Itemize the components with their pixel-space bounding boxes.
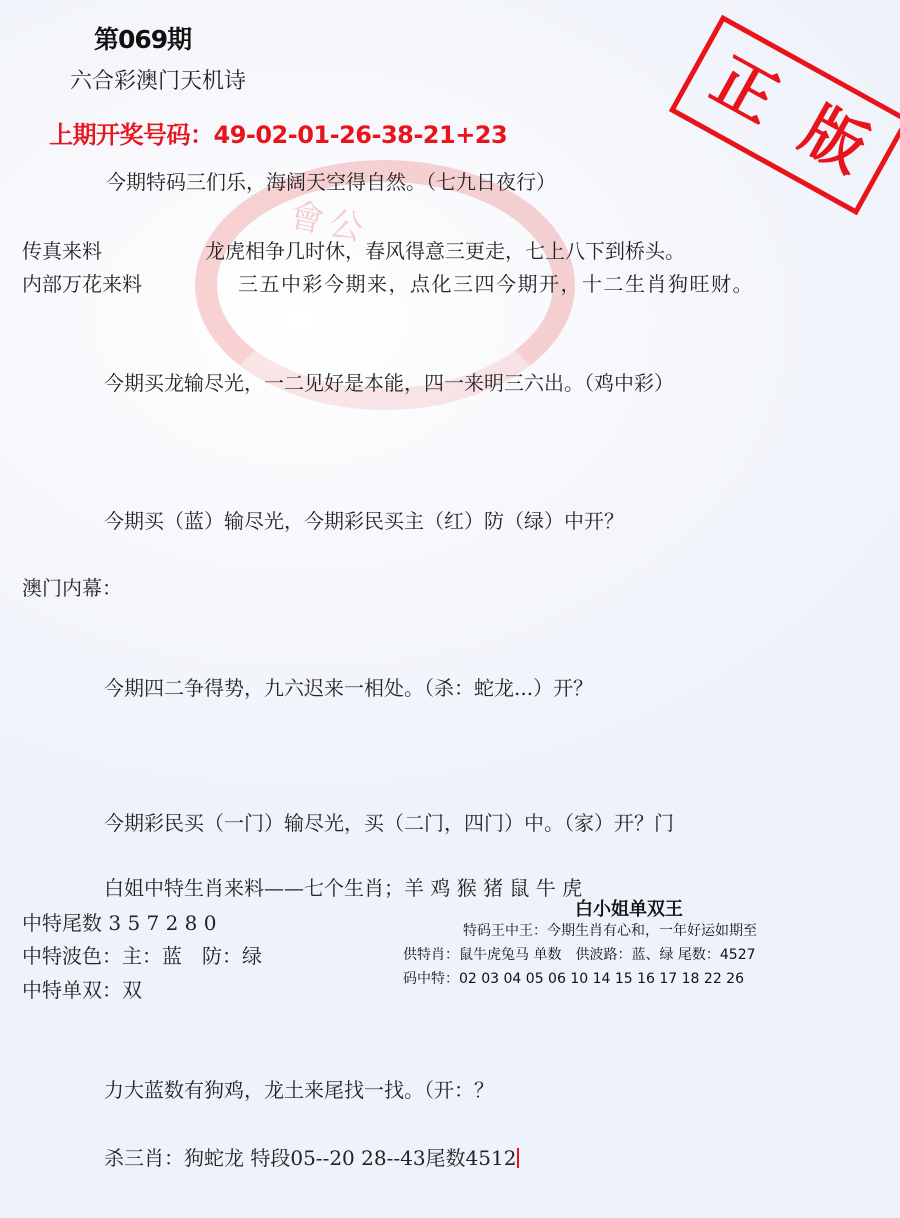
last-draw-label: 上期开奖号码： xyxy=(49,121,214,149)
last-draw-numbers: 49-02-01-26-38-21+23 xyxy=(214,121,508,149)
kill-three-text: 杀三肖：狗蛇龙 特段05--20 28--43尾数4512 xyxy=(104,1146,516,1170)
zodiac-line: 白姐中特生肖来料——七个生肖；羊 鸡 猴 猪 鼠 牛 虎 xyxy=(104,872,582,901)
last-draw-results: 上期开奖号码：49-02-01-26-38-21+23 xyxy=(49,115,507,150)
blue-dog-line: 力大蓝数有狗鸡，龙土来尾找一找。（开：？ xyxy=(104,1074,494,1103)
kill-three-line: 杀三肖：狗蛇龙 特段05--20 28--43尾数4512 xyxy=(104,1142,519,1171)
text-cursor xyxy=(517,1148,519,1168)
dragon-line: 今期买龙输尽光，一二见好是本能，四一来明三六出。（鸡中彩） xyxy=(104,367,674,396)
document-subtitle: 六合彩澳门天机诗 xyxy=(70,64,246,95)
stamp-char-2: 版 xyxy=(792,98,876,182)
blue-line: 今期买（蓝）输尽光，今期彩民买主（红）防（绿）中开？ xyxy=(104,505,624,534)
panel-title: 白小姐单双王 xyxy=(575,895,683,921)
panel-line-3: 码中特：02 03 04 05 06 10 14 15 16 17 18 22 … xyxy=(403,968,744,988)
odd-even: 中特单双：双 xyxy=(22,974,142,1003)
inner-label: 内部万花来料 xyxy=(22,268,142,297)
inner-text: 三五中彩今期来，点化三四今期开，十二生肖狗旺财。 xyxy=(238,268,754,297)
stamp-char-1: 正 xyxy=(703,48,787,132)
poem-line: 今期特码三们乐，海阔天空得自然。（七九日夜行） xyxy=(106,166,556,195)
doors-line: 今期彩民买（一门）输尽光，买（二门，四门）中。（家）开？门 xyxy=(104,807,674,836)
fax-text: 龙虎相争几时休，春风得意三更走，七上八下到桥头。 xyxy=(205,235,685,264)
panel-line-1: 特码王中王：今期生肖有心和，一年好运如期至 xyxy=(463,920,757,940)
authentic-stamp: 正 版 xyxy=(669,15,900,215)
four-two-line: 今期四二争得势，九六迟来一相处。（杀：蛇龙...）开？ xyxy=(104,672,593,701)
macau-insider-label: 澳门内幕： xyxy=(22,572,122,601)
fax-label: 传真来料 xyxy=(22,235,102,264)
tail-digits: 中特尾数 3 5 7 2 8 0 xyxy=(22,907,217,936)
issue-number: 第069期 xyxy=(94,20,191,56)
wave-color: 中特波色：主：蓝 防：绿 xyxy=(22,940,262,969)
panel-line-2: 供特肖：鼠牛虎兔马 单数 供波路：蓝、绿 尾数：4527 xyxy=(403,944,756,964)
